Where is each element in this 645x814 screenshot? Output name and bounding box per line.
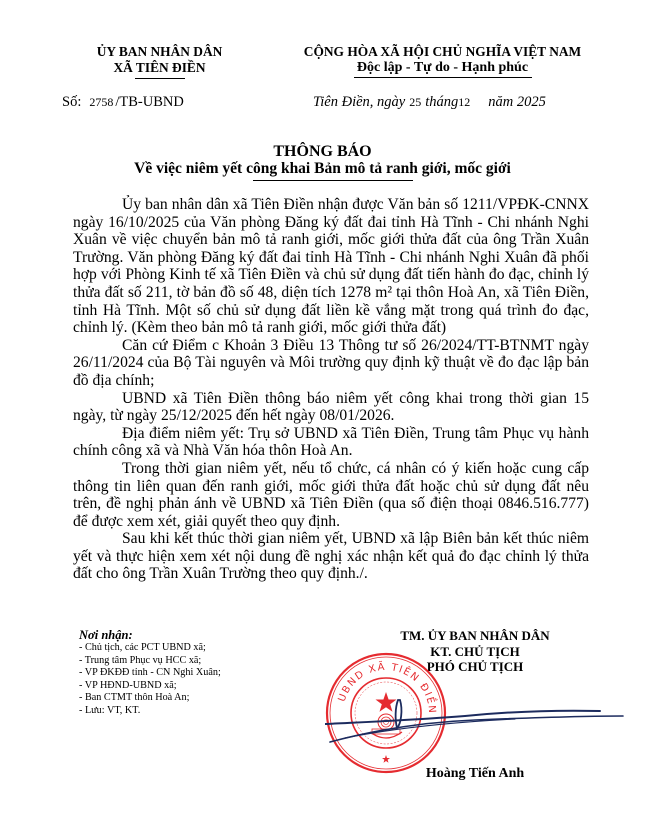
recipient-item: - VP ĐKĐĐ tỉnh - CN Nghi Xuân; [79, 667, 289, 680]
body-paragraph: Ủy ban nhân dân xã Tiên Điền nhận được V… [73, 196, 589, 337]
issuing-agency: ỦY BAN NHÂN DÂN XÃ TIÊN ĐIỀN [62, 44, 257, 79]
date-month: 12 [458, 95, 470, 109]
recipient-item: - VP HĐND-UBND xã; [79, 680, 289, 693]
nation-name: CỘNG HÒA XÃ HỘI CHỦ NGHĨA VIỆT NAM [275, 44, 610, 60]
recipient-item: - Chủ tịch, các PCT UBND xã; [79, 642, 289, 655]
recipient-item: - Ban CTMT thôn Hoà An; [79, 692, 289, 705]
date-year: năm 2025 [488, 94, 546, 110]
document-subtitle: Về việc niêm yết công khai Bản mô tả ran… [0, 160, 645, 178]
date-place: Tiên Điền, ngày [313, 94, 405, 110]
agency-underline [135, 78, 185, 79]
document-title: THÔNG BÁO [0, 143, 645, 161]
agency-line-2: XÃ TIÊN ĐIỀN [62, 60, 257, 76]
body-paragraph: Trong thời gian niêm yết, nếu tổ chức, c… [73, 460, 589, 530]
signature-line-1: TM. ỦY BAN NHÂN DÂN [355, 628, 595, 644]
issue-date: Tiên Điền, ngày25tháng12năm 2025 [313, 94, 546, 111]
national-header: CỘNG HÒA XÃ HỘI CHỦ NGHĨA VIỆT NAM Độc l… [275, 44, 610, 78]
doc-number-label: Số: [62, 94, 81, 110]
signer-name: Hoàng Tiến Anh [355, 766, 595, 782]
recipient-item: - Lưu: VT, KT. [79, 705, 289, 718]
document-body: Ủy ban nhân dân xã Tiên Điền nhận được V… [73, 196, 589, 583]
title-underline [253, 180, 413, 181]
recipients-heading: Nơi nhận: [79, 628, 289, 642]
handwritten-signature [325, 690, 625, 760]
doc-number-value: 2758 [89, 95, 113, 109]
doc-number-suffix: /TB-UBND [115, 94, 183, 110]
date-month-label: tháng [425, 94, 458, 110]
document-number: Số:2758/TB-UBND [62, 94, 184, 111]
body-paragraph: Địa điểm niêm yết: Trụ sở UBND xã Tiên Đ… [73, 425, 589, 460]
recipient-item: - Trung tâm Phục vụ HCC xã; [79, 655, 289, 668]
body-paragraph: Sau khi kết thúc thời gian niêm yết, UBN… [73, 530, 589, 583]
body-paragraph: Căn cứ Điểm c Khoản 3 Điều 13 Thông tư s… [73, 337, 589, 390]
date-day: 25 [409, 95, 421, 109]
body-paragraph: UBND xã Tiên Điền thông báo niêm yết côn… [73, 390, 589, 425]
motto: Độc lập - Tự do - Hạnh phúc [275, 60, 610, 76]
motto-underline [354, 77, 532, 78]
agency-line-1: ỦY BAN NHÂN DÂN [62, 44, 257, 60]
recipients-list: Nơi nhận: - Chủ tịch, các PCT UBND xã; -… [79, 628, 289, 718]
